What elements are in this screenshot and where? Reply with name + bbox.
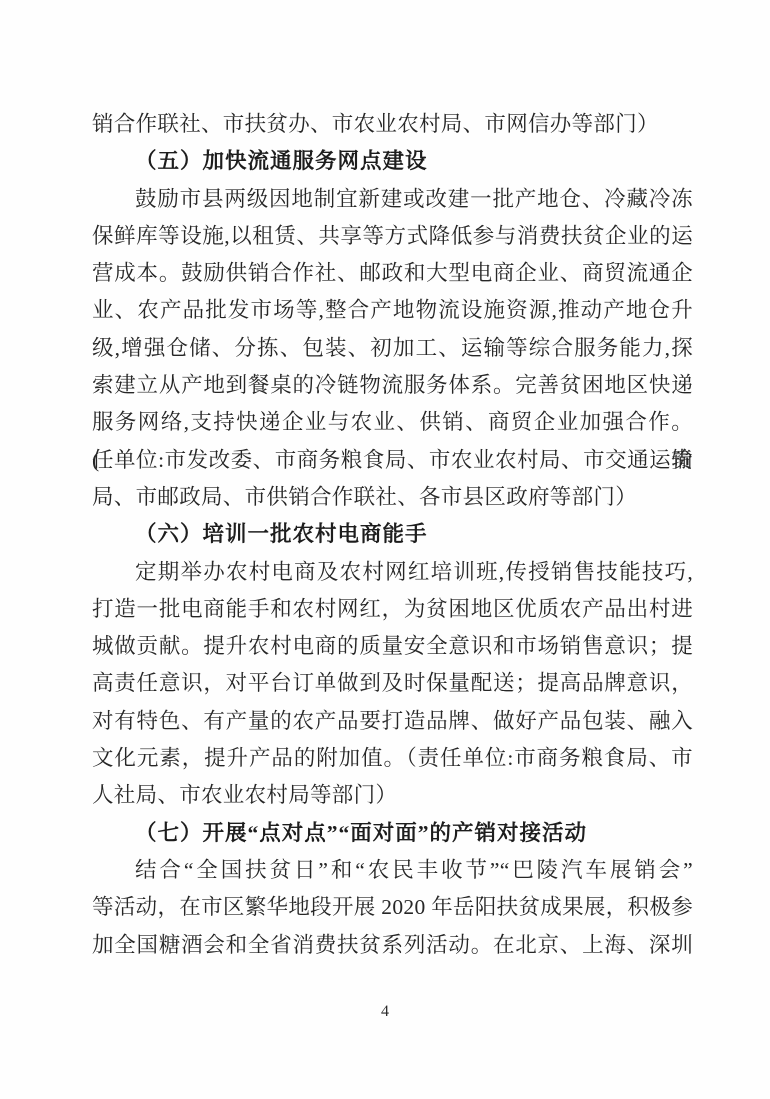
text-line: 文化元素，提升产品的附加值。（责任单位:市商务粮食局、市 (92, 740, 693, 777)
text-line: 销合作联社、市扶贫办、市农业农村局、市网信办等部门） (92, 106, 693, 143)
text-line: 高责任意识，对平台订单做到及时保量配送；提高品牌意识， (92, 665, 693, 702)
text-line: 级,增强仓储、分拣、包装、初加工、运输等综合服务能力,探 (92, 330, 693, 367)
text-line: 打造一批电商能手和农村网红，为贫困地区优质农产品出村进 (92, 591, 693, 628)
document-page: 销合作联社、市扶贫办、市农业农村局、市网信办等部门） （五）加快流通服务网点建设… (0, 0, 770, 1099)
text-line: 任单位:市发改委、市商务粮食局、市农业农村局、市交通运输 (92, 442, 693, 479)
document-body: 销合作联社、市扶贫办、市农业农村局、市网信办等部门） （五）加快流通服务网点建设… (92, 106, 693, 964)
section-heading-6: （六）培训一批农村电商能手 (92, 516, 693, 553)
page-number: 4 (0, 1003, 770, 1021)
section-heading-5: （五）加快流通服务网点建设 (92, 143, 693, 180)
text-line: 业、农产品批发市场等,整合产地物流设施资源,推动产地仓升 (92, 292, 693, 329)
text-line: 定期举办农村电商及农村网红培训班,传授销售技能技巧, (92, 554, 693, 591)
text-line: 鼓励市县两级因地制宜新建或改建一批产地仓、冷藏冷冻 (92, 181, 693, 218)
text-line: 城做贡献。提升农村电商的质量安全意识和市场销售意识；提 (92, 628, 693, 665)
text-line: 保鲜库等设施,以租赁、共享等方式降低参与消费扶贫企业的运 (92, 218, 693, 255)
text-line: 营成本。鼓励供销合作社、邮政和大型电商企业、商贸流通企 (92, 255, 693, 292)
text-line: 局、市邮政局、市供销合作联社、各市县区政府等部门） (92, 479, 693, 516)
text-line: 对有特色、有产量的农产品要打造品牌、做好产品包装、融入 (92, 703, 693, 740)
text-line: 结合“全国扶贫日”和“农民丰收节”“巴陵汽车展销会” (92, 852, 693, 889)
text-line: 服务网络,支持快递企业与农业、供销、商贸企业加强合作。(责 (92, 404, 693, 441)
text-line: 人社局、市农业农村局等部门） (92, 777, 693, 814)
text-line: 等活动，在市区繁华地段开展 2020 年岳阳扶贫成果展，积极参 (92, 889, 693, 926)
text-line: 索建立从产地到餐桌的冷链物流服务体系。完善贫困地区快递 (92, 367, 693, 404)
text-line: 加全国糖酒会和全省消费扶贫系列活动。在北京、上海、深圳 (92, 927, 693, 964)
section-heading-7: （七）开展“点对点”“面对面”的产销对接活动 (92, 815, 693, 852)
